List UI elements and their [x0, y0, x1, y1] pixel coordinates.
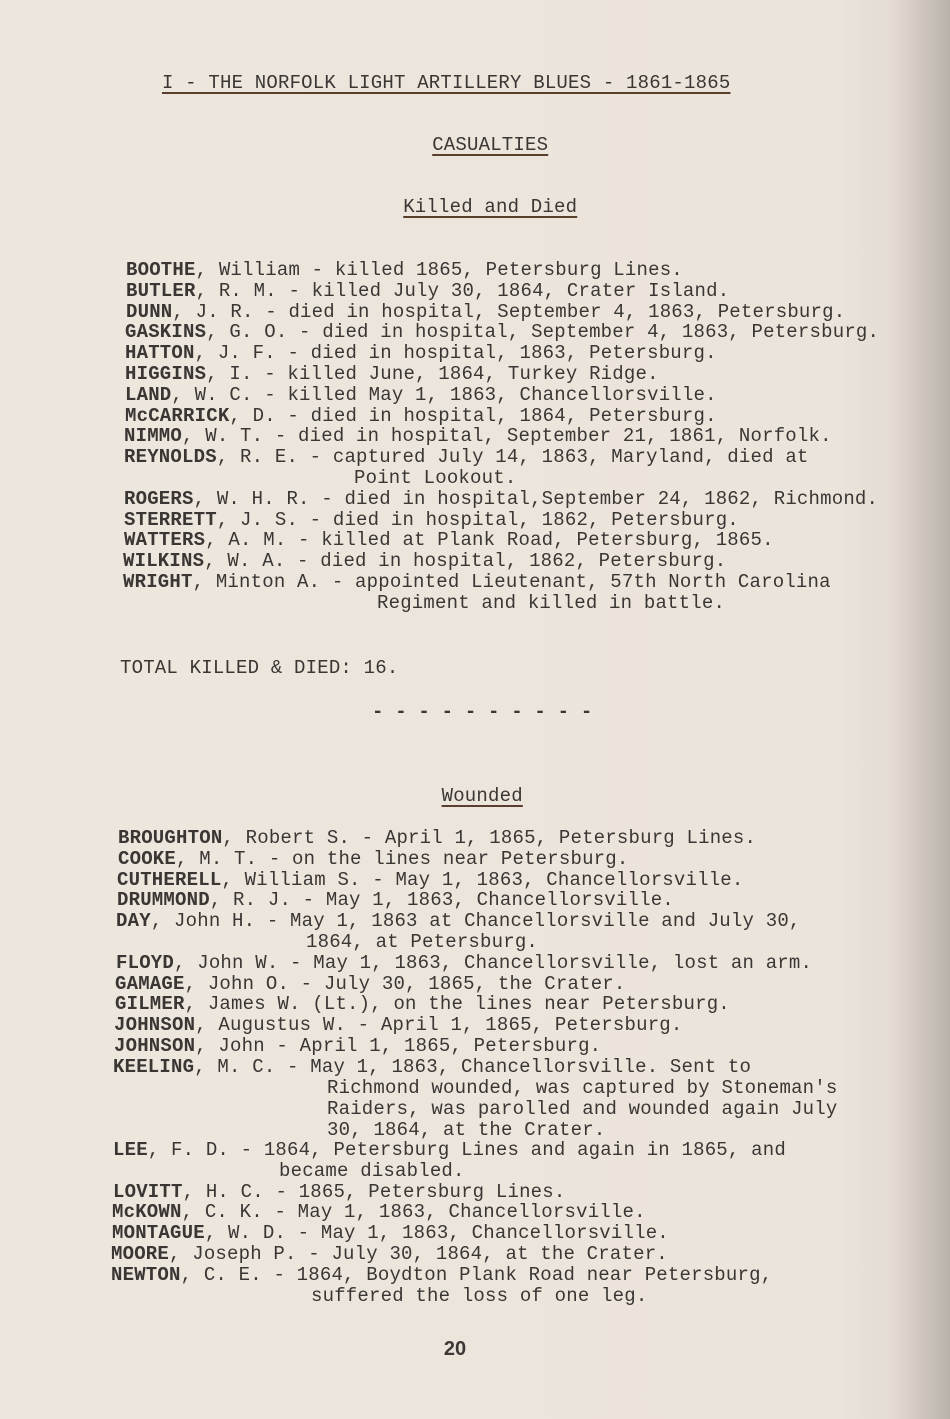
casualty-name: MOORE — [111, 1243, 169, 1265]
list-item: BROUGHTON, Robert S. - April 1, 1865, Pe… — [118, 828, 756, 849]
casualty-name: STERRETT — [124, 509, 217, 531]
casualty-detail: , A. M. - killed at Plank Road, Petersbu… — [205, 529, 774, 551]
list-item: DRUMMOND, R. J. - May 1, 1863, Chancello… — [117, 890, 674, 911]
casualty-name: BOOTHE — [126, 259, 196, 281]
continuation-line: suffered the loss of one leg. — [111, 1286, 772, 1307]
continuation-line: 1864, at Petersburg. — [116, 932, 801, 953]
casualty-name: McKOWN — [112, 1201, 182, 1223]
casualty-detail: , J. R. - died in hospital, September 4,… — [172, 301, 845, 323]
casualty-detail: , W. T. - died in hospital, September 21… — [182, 425, 832, 447]
casualty-name: BROUGHTON — [118, 827, 222, 849]
total-killed: TOTAL KILLED & DIED: 16. — [120, 658, 398, 679]
casualty-detail: , R. J. - May 1, 1863, Chancellorsville. — [210, 889, 674, 911]
casualty-detail: , John - April 1, 1865, Petersburg. — [195, 1035, 601, 1057]
casualty-detail: , C. E. - 1864, Boydton Plank Road near … — [181, 1264, 773, 1286]
list-item: FLOYD, John W. - May 1, 1863, Chancellor… — [116, 953, 812, 974]
list-item: GASKINS, G. O. - died in hospital, Septe… — [125, 322, 879, 343]
wounded-heading: Wounded — [0, 765, 934, 828]
casualty-detail: , W. A. - died in hospital, 1862, Peters… — [204, 550, 726, 572]
list-item: MOORE, Joseph P. - July 30, 1864, at the… — [111, 1244, 668, 1265]
casualty-detail: , G. O. - died in hospital, September 4,… — [206, 321, 879, 343]
casualty-name: DAY — [116, 910, 151, 932]
casualty-detail: , J. F. - died in hospital, 1863, Peters… — [195, 342, 717, 364]
casualty-detail: , C. K. - May 1, 1863, Chancellorsville. — [182, 1201, 646, 1223]
casualty-name: LOVITT — [113, 1181, 183, 1203]
casualty-name: HIGGINS — [125, 363, 206, 385]
list-item: ROGERS, W. H. R. - died in hospital,Sept… — [124, 489, 878, 510]
list-item: HIGGINS, I. - killed June, 1864, Turkey … — [125, 364, 659, 385]
casualty-name: MONTAGUE — [112, 1222, 205, 1244]
casualty-detail: , W. C. - killed May 1, 1863, Chancellor… — [171, 384, 716, 406]
casualty-name: ROGERS — [124, 488, 194, 510]
continuation-line: Point Lookout. — [124, 468, 809, 489]
list-item: COOKE, M. T. - on the lines near Petersb… — [118, 849, 629, 870]
casualty-detail: , D. - died in hospital, 1864, Petersbur… — [229, 405, 716, 427]
list-item: CUTHERELL, William S. - May 1, 1863, Cha… — [117, 870, 744, 891]
casualty-name: LEE — [113, 1139, 148, 1161]
casualty-detail: , J. S. - died in hospital, 1862, Peters… — [217, 509, 739, 531]
list-item: GILMER, James W. (Lt.), on the lines nea… — [115, 994, 730, 1015]
list-item: DUNN, J. R. - died in hospital, Septembe… — [126, 302, 845, 323]
page-number: 20 — [0, 1338, 910, 1361]
list-item: JOHNSON, Augustus W. - April 1, 1865, Pe… — [114, 1015, 683, 1036]
casualty-detail: , W. D. - May 1, 1863, Chancellorsville. — [205, 1222, 669, 1244]
section-title: CASUALTIES — [0, 114, 942, 177]
continuation-line: 30, 1864, at the Crater. — [113, 1120, 837, 1141]
casualty-detail: , I. - killed June, 1864, Turkey Ridge. — [206, 363, 658, 385]
casualty-detail: , William - killed 1865, Petersburg Line… — [196, 259, 683, 281]
continuation-line: became disabled. — [113, 1161, 786, 1182]
list-item: MONTAGUE, W. D. - May 1, 1863, Chancello… — [112, 1223, 669, 1244]
casualty-name: COOKE — [118, 848, 176, 870]
killed-heading: Killed and Died — [0, 176, 942, 239]
casualty-name: BUTLER — [126, 280, 196, 302]
list-item: NEWTON, C. E. - 1864, Boydton Plank Road… — [111, 1265, 772, 1307]
casualty-detail-continued: suffered the loss of one leg. — [111, 1286, 772, 1307]
document-title: I - THE NORFOLK LIGHT ARTILLERY BLUES - … — [0, 52, 898, 115]
casualty-detail-continued: became disabled. — [113, 1161, 786, 1182]
list-item: KEELING, M. C. - May 1, 1863, Chancellor… — [113, 1057, 837, 1141]
casualty-detail-continued: Regiment and killed in battle. — [123, 593, 831, 614]
list-item: BOOTHE, William - killed 1865, Petersbur… — [126, 260, 683, 281]
casualty-detail: , H. C. - 1865, Petersburg Lines. — [183, 1181, 566, 1203]
continuation-line: Richmond wounded, was captured by Stonem… — [113, 1078, 837, 1099]
casualty-name: LAND — [125, 384, 171, 406]
list-item: LOVITT, H. C. - 1865, Petersburg Lines. — [113, 1182, 566, 1203]
list-item: BUTLER, R. M. - killed July 30, 1864, Cr… — [126, 281, 729, 302]
casualty-name: JOHNSON — [114, 1035, 195, 1057]
document-title-text: I - THE NORFOLK LIGHT ARTILLERY BLUES - … — [162, 72, 731, 94]
casualty-detail: , John H. - May 1, 1863 at Chancellorsvi… — [151, 910, 801, 932]
killed-heading-text: Killed and Died — [403, 196, 577, 218]
separator: - - - - - - - - - - — [372, 702, 592, 723]
list-item: JOHNSON, John - April 1, 1865, Petersbur… — [114, 1036, 601, 1057]
casualty-detail: , M. C. - May 1, 1863, Chancellorsville.… — [194, 1056, 751, 1078]
list-item: WILKINS, W. A. - died in hospital, 1862,… — [123, 551, 726, 572]
list-item: McKOWN, C. K. - May 1, 1863, Chancellors… — [112, 1202, 646, 1223]
casualty-detail: , Augustus W. - April 1, 1865, Petersbur… — [195, 1014, 682, 1036]
casualty-detail: , R. M. - killed July 30, 1864, Crater I… — [196, 280, 730, 302]
casualty-detail-continued: Point Lookout. — [124, 468, 809, 489]
casualty-name: NIMMO — [124, 425, 182, 447]
list-item: REYNOLDS, R. E. - captured July 14, 1863… — [124, 447, 809, 489]
casualty-detail-continued: Richmond wounded, was captured by Stonem… — [113, 1078, 837, 1141]
casualty-name: WILKINS — [123, 550, 204, 572]
list-item: LAND, W. C. - killed May 1, 1863, Chance… — [125, 385, 717, 406]
list-item: McCARRICK, D. - died in hospital, 1864, … — [125, 406, 717, 427]
list-item: WATTERS, A. M. - killed at Plank Road, P… — [124, 530, 774, 551]
casualty-detail: , William S. - May 1, 1863, Chancellorsv… — [221, 869, 743, 891]
continuation-line: Raiders, was parolled and wounded again … — [113, 1099, 837, 1120]
casualty-detail: , Minton A. - appointed Lieutenant, 57th… — [193, 571, 831, 593]
continuation-line: Regiment and killed in battle. — [123, 593, 831, 614]
scanned-page: I - THE NORFOLK LIGHT ARTILLERY BLUES - … — [0, 0, 950, 1419]
casualty-detail: , W. H. R. - died in hospital,September … — [194, 488, 879, 510]
casualty-detail: , Robert S. - April 1, 1865, Petersburg … — [222, 827, 756, 849]
casualty-detail: , R. E. - captured July 14, 1863, Maryla… — [217, 446, 809, 468]
casualty-name: REYNOLDS — [124, 446, 217, 468]
casualty-name: KEELING — [113, 1056, 194, 1078]
list-item: HATTON, J. F. - died in hospital, 1863, … — [125, 343, 717, 364]
casualty-name: DUNN — [126, 301, 172, 323]
list-item: STERRETT, J. S. - died in hospital, 1862… — [124, 510, 739, 531]
casualty-name: GAMAGE — [115, 973, 185, 995]
casualty-name: FLOYD — [116, 952, 174, 974]
list-item: WRIGHT, Minton A. - appointed Lieutenant… — [123, 572, 831, 614]
casualty-name: CUTHERELL — [117, 869, 221, 891]
casualty-name: NEWTON — [111, 1264, 181, 1286]
casualty-detail: , James W. (Lt.), on the lines near Pete… — [185, 993, 730, 1015]
section-title-text: CASUALTIES — [432, 134, 548, 156]
list-item: DAY, John H. - May 1, 1863 at Chancellor… — [116, 911, 801, 953]
list-item: NIMMO, W. T. - died in hospital, Septemb… — [124, 426, 832, 447]
casualty-name: WATTERS — [124, 529, 205, 551]
wounded-heading-text: Wounded — [442, 785, 523, 807]
casualty-detail: , M. T. - on the lines near Petersburg. — [176, 848, 628, 870]
list-item: LEE, F. D. - 1864, Petersburg Lines and … — [113, 1140, 786, 1182]
casualty-name: GASKINS — [125, 321, 206, 343]
casualty-detail: , John O. - July 30, 1865, the Crater. — [185, 973, 626, 995]
casualty-name: GILMER — [115, 993, 185, 1015]
casualty-name: McCARRICK — [125, 405, 229, 427]
list-item: GAMAGE, John O. - July 30, 1865, the Cra… — [115, 974, 626, 995]
casualty-detail-continued: 1864, at Petersburg. — [116, 932, 801, 953]
casualty-name: WRIGHT — [123, 571, 193, 593]
casualty-name: DRUMMOND — [117, 889, 210, 911]
casualty-name: JOHNSON — [114, 1014, 195, 1036]
casualty-detail: , F. D. - 1864, Petersburg Lines and aga… — [148, 1139, 786, 1161]
casualty-detail: , John W. - May 1, 1863, Chancellorsvill… — [174, 952, 812, 974]
casualty-name: HATTON — [125, 342, 195, 364]
casualty-detail: , Joseph P. - July 30, 1864, at the Crat… — [169, 1243, 668, 1265]
